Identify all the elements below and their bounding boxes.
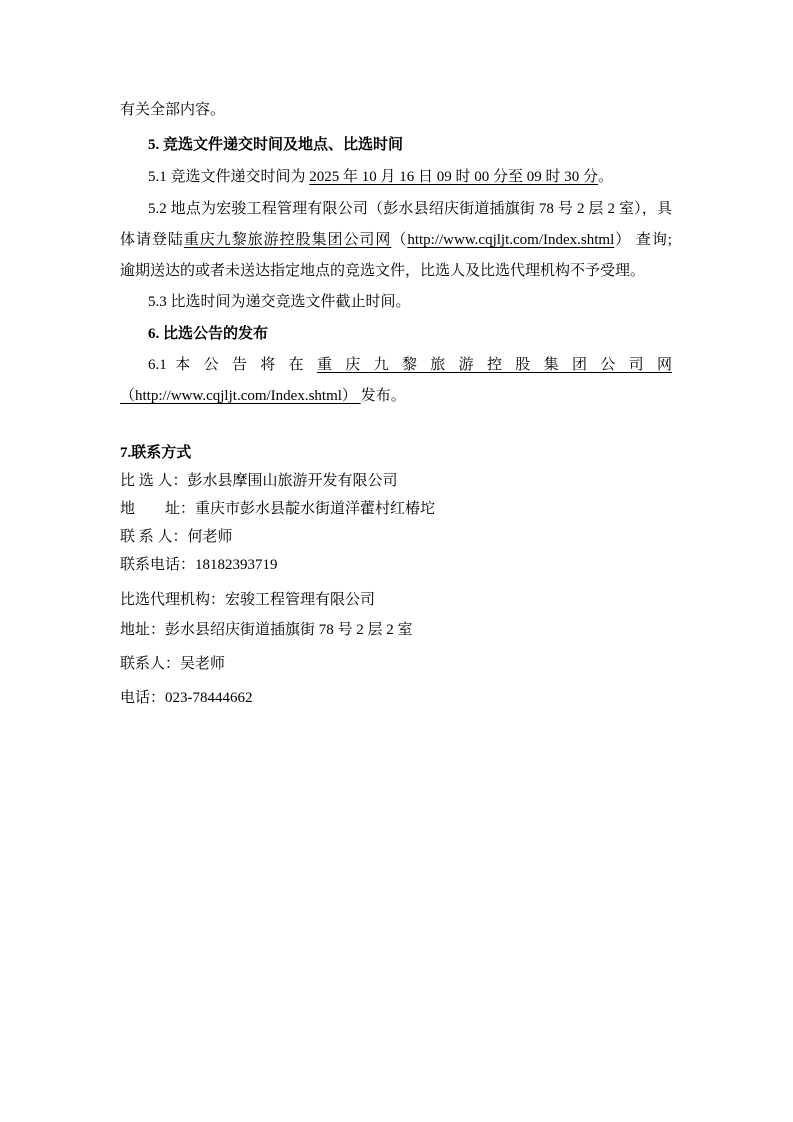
contact-line-agency: 比选代理机构：宏骏工程管理有限公司 xyxy=(120,586,672,614)
clause-5-2-line-1: 5.2 地点为宏骏工程管理有限公司（彭水县绍庆街道插旗街 78 号 2 层 2 … xyxy=(120,194,672,225)
website-url-link[interactable]: http://www.cqjljt.com/Index.shtml xyxy=(407,232,614,248)
document-content: 有关全部内容。 5. 竞选文件递交时间及地点、比选时间 5.1 竞选文件递交时间… xyxy=(120,95,672,712)
contact-line-bidder: 比 选 人：彭水县摩围山旅游开发有限公司 xyxy=(120,467,672,495)
open-paren: （ xyxy=(391,232,407,248)
org-website-name-underlined: 重庆九黎旅游控股集团公司网 xyxy=(184,232,392,248)
section-5-heading: 5. 竞选文件递交时间及地点、比选时间 xyxy=(120,130,672,161)
document-page: 有关全部内容。 5. 竞选文件递交时间及地点、比选时间 5.1 竞选文件递交时间… xyxy=(0,0,793,1122)
intro-line: 有关全部内容。 xyxy=(120,95,672,126)
contact-line-agency-phone: 电话：023-78444662 xyxy=(120,684,672,712)
contact-section: 7.联系方式 比 选 人：彭水县摩围山旅游开发有限公司 地 址：重庆市彭水县靛水… xyxy=(120,439,672,712)
contact-line-bidder-phone: 联系电话：18182393719 xyxy=(120,551,672,579)
clause-5-2-line-2: 体请登陆重庆九黎旅游控股集团公司网（http://www.cqjljt.com/… xyxy=(120,225,672,256)
section-6-heading: 6. 比选公告的发布 xyxy=(120,319,672,350)
org-website-name-underlined-2: 重 庆 九 黎 旅 游 控 股 集 团 公 司 网 xyxy=(317,357,672,373)
clause-5-1-text: 5.1 竞选文件递交时间为 xyxy=(148,169,309,185)
clause-5-2-text: 体请登陆 xyxy=(120,232,184,248)
clause-6-1-line-2: （http://www.cqjljt.com/Index.shtml） 发布。 xyxy=(120,381,672,412)
clause-5-2-line-3: 逾期送达的或者未送达指定地点的竞选文件，比选人及比选代理机构不予受理。 xyxy=(120,256,672,287)
clause-5-2-tail: ） 查询; xyxy=(614,232,672,248)
clause-6-1-text: 6.1 本 公 告 将 在 xyxy=(148,357,317,373)
clause-5-1-period: 。 xyxy=(598,169,613,185)
section-7-heading: 7.联系方式 xyxy=(120,439,672,467)
submission-deadline-underlined: 2025 年 10 月 16 日 09 时 00 分至 09 时 30 分 xyxy=(309,169,598,185)
contact-line-agency-address: 地址：彭水县绍庆街道插旗街 78 号 2 层 2 室 xyxy=(120,616,672,644)
website-url-link-2[interactable]: （http://www.cqjljt.com/Index.shtml） xyxy=(120,388,361,404)
clause-6-1-line-1: 6.1 本 公 告 将 在 重 庆 九 黎 旅 游 控 股 集 团 公 司 网 xyxy=(120,350,672,381)
contact-line-agency-person: 联系人：吴老师 xyxy=(120,650,672,678)
contact-line-bidder-address: 地 址：重庆市彭水县靛水街道洋藿村红椿坨 xyxy=(120,495,672,523)
contact-line-bidder-person: 联 系 人：何老师 xyxy=(120,523,672,551)
clause-5-1: 5.1 竞选文件递交时间为 2025 年 10 月 16 日 09 时 00 分… xyxy=(120,162,672,193)
clause-5-3: 5.3 比选时间为递交竞选文件截止时间。 xyxy=(120,287,672,318)
clause-6-1-tail: 发布。 xyxy=(361,388,406,404)
